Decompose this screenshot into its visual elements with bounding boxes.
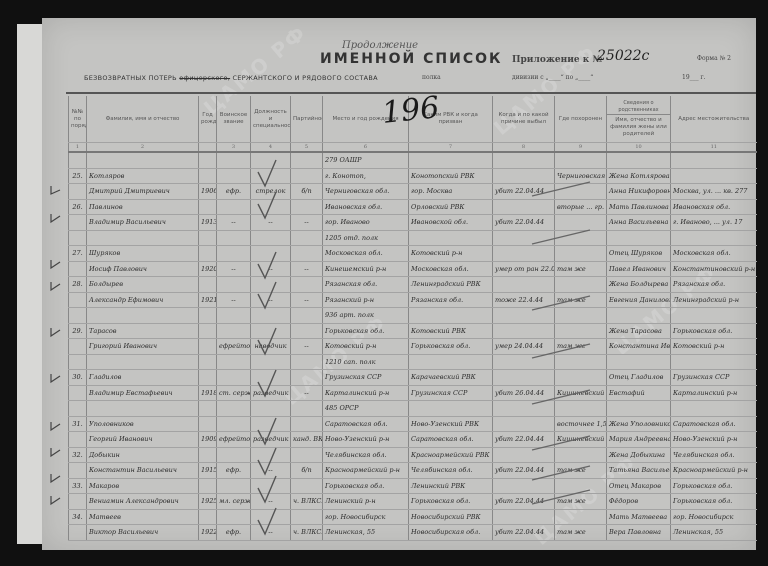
table-cell — [217, 168, 251, 184]
table-cell — [69, 308, 87, 324]
table-cell — [199, 339, 217, 355]
table-row: 1210 сап. полк — [69, 354, 757, 370]
table-cell: Ивановская обл. — [323, 199, 409, 215]
check-mark-icon — [256, 250, 278, 282]
header-cell: Фамилия, имя и отчество — [87, 96, 199, 143]
table-cell: Ивановская обл. — [671, 199, 757, 215]
table-cell: -- — [217, 215, 251, 231]
column-number: 6 — [323, 143, 409, 153]
table-cell — [607, 401, 671, 417]
table-cell — [291, 370, 323, 386]
check-mark-icon — [256, 416, 278, 448]
column-number: 3 — [217, 143, 251, 153]
table-cell — [217, 509, 251, 525]
table-cell: Красноармейский р-н — [323, 463, 409, 479]
table-cell: гор. Новосибирск — [671, 509, 757, 525]
table-cell: 1920 — [199, 261, 217, 277]
header-cell-label: Имя, отчество и фамилия жены или родител… — [610, 117, 667, 137]
table-cell: 26. — [69, 199, 87, 215]
table-cell: г. Конотоп, — [323, 168, 409, 184]
table-cell: Гладилов — [87, 370, 199, 386]
table-cell: Ленинский РВК — [409, 478, 493, 494]
table-cell: гор. Новосибирск — [323, 509, 409, 525]
table-cell: -- — [291, 339, 323, 355]
column-number: 1 — [69, 143, 87, 153]
table-row: 279 ОАШР — [69, 152, 757, 168]
table-cell — [87, 308, 199, 324]
check-mark-icon — [256, 506, 278, 538]
table-cell: 29. — [69, 323, 87, 339]
table-cell: Иосиф Павлович — [87, 261, 199, 277]
table-cell — [69, 494, 87, 510]
table-cell: 32. — [69, 447, 87, 463]
table-cell: Александр Ефимович — [87, 292, 199, 308]
diagonal-strokes — [530, 168, 600, 508]
table-row: 34.Матвеевгор. НовосибирскНовосибирский … — [69, 509, 757, 525]
table-cell: 485 ОРСР — [323, 401, 409, 417]
document-subtitle: БЕЗВОЗВРАТНЫХ ПОТЕРЬ офицерского, СЕРЖАН… — [84, 74, 378, 82]
table-cell: Евстафий — [607, 385, 671, 401]
table-cell: 1922 — [199, 525, 217, 541]
table-row: 29.ТарасовГорьковская обл.Котовский РВКЖ… — [69, 323, 757, 339]
table-cell: Горьковская обл. — [671, 494, 757, 510]
table-cell: б/п — [291, 463, 323, 479]
table-cell — [291, 152, 323, 168]
table-cell: Константин Васильевич — [87, 463, 199, 479]
table-row: Иосиф Павлович1920------Кинешемский р-нМ… — [69, 261, 757, 277]
table-cell — [493, 509, 555, 525]
table-cell — [217, 199, 251, 215]
table-row: 485 ОРСР — [69, 401, 757, 417]
table-cell — [217, 308, 251, 324]
table-cell — [69, 385, 87, 401]
margin-hook-marks — [48, 178, 64, 508]
relatives-group-header: Сведения о родственниках — [607, 100, 670, 115]
table-cell — [199, 323, 217, 339]
table-cell: Ленинская, 55 — [671, 525, 757, 541]
subtitle-prefix: БЕЗВОЗВРАТНЫХ ПОТЕРЬ — [84, 74, 177, 82]
document-page: ЦАМО РФ ЦАМО РФ ЦАМО РФ ЦАМО РФ ЦАМО РФ … — [42, 18, 756, 550]
table-cell: 1915 — [199, 463, 217, 479]
table-cell — [199, 246, 217, 262]
table-cell — [199, 401, 217, 417]
column-number: 7 — [409, 143, 493, 153]
table-row: 25.Котляровг. Конотоп,Конотопский РВКЧер… — [69, 168, 757, 184]
table-cell: 1205 отд. полк — [323, 230, 409, 246]
table-cell: Добыкин — [87, 447, 199, 463]
table-cell: Ново-Узенский РВК — [409, 416, 493, 432]
table-row: Александр Ефимович1921------Рязанский р-… — [69, 292, 757, 308]
table-cell — [555, 509, 607, 525]
table-cell: -- — [217, 292, 251, 308]
table-cell — [291, 277, 323, 293]
table-cell — [87, 230, 199, 246]
table-row: 32.ДобыкинЧелябинская обл.Красноармейски… — [69, 447, 757, 463]
handwritten-page-number: 196 — [380, 90, 441, 131]
header-cell: Партийность — [291, 96, 323, 143]
header-cell: Год рожд. — [199, 96, 217, 143]
table-cell — [199, 168, 217, 184]
appendix-number: 25022с — [597, 48, 649, 64]
table-cell — [69, 401, 87, 417]
table-row: Вениамин Александрович1925мл. серж.--ч. … — [69, 494, 757, 510]
table-cell — [69, 184, 87, 200]
column-number: 9 — [555, 143, 607, 153]
table-cell: Карачаевский РВК — [409, 370, 493, 386]
table-cell — [217, 478, 251, 494]
table-cell: Дмитрий Дмитриевич — [87, 184, 199, 200]
table-cell: Грузинская ССР — [671, 370, 757, 386]
table-cell: Горьковская обл. — [323, 478, 409, 494]
table-cell: канд. ВКП(б) — [291, 432, 323, 448]
table-cell — [217, 370, 251, 386]
table-cell: Владимир Васильевич — [87, 215, 199, 231]
table-cell — [199, 370, 217, 386]
table-cell: Павлинов — [87, 199, 199, 215]
table-cell: Макаров — [87, 478, 199, 494]
table-cell — [199, 509, 217, 525]
table-cell — [671, 152, 757, 168]
table-cell — [291, 230, 323, 246]
table-cell — [671, 308, 757, 324]
table-cell: Красноармейский РВК — [409, 447, 493, 463]
document-title: ИМЕННОЙ СПИСОК — [320, 51, 502, 67]
table-cell: Ленинградский РВК — [409, 277, 493, 293]
table-cell: Челябинская обл. — [409, 463, 493, 479]
table-cell — [199, 308, 217, 324]
table-cell — [199, 199, 217, 215]
table-cell: Карталинский р-н — [323, 385, 409, 401]
division-label: дивизии с „____“ по „____“ — [512, 74, 593, 81]
column-number: 2 — [87, 143, 199, 153]
table-cell — [69, 525, 87, 541]
table-cell: ефр. — [217, 463, 251, 479]
table-cell: -- — [291, 215, 323, 231]
table-cell: Мать Матвеева — [607, 509, 671, 525]
table-cell: Рязанская обл. — [409, 292, 493, 308]
table-cell — [199, 354, 217, 370]
table-cell: Татьяна Васильевна — [607, 463, 671, 479]
table-cell: 27. — [69, 246, 87, 262]
table-cell: Жена Уполовникова — [607, 416, 671, 432]
table-cell: 1921 — [199, 292, 217, 308]
table-cell: Ново-Узенский р-н — [323, 432, 409, 448]
table-cell: Матвеев — [87, 509, 199, 525]
table-cell: -- — [291, 292, 323, 308]
table-cell — [87, 354, 199, 370]
table-cell: ч. ВЛКСМ — [291, 525, 323, 541]
table-cell — [69, 152, 87, 168]
table-cell — [217, 246, 251, 262]
table-cell — [671, 168, 757, 184]
table-cell: Ивановской обл. — [409, 215, 493, 231]
year-label: 19___ г. — [682, 74, 706, 81]
table-row: Георгий Иванович1909ефрейторразведчиккан… — [69, 432, 757, 448]
header-cell: Сведения о родственниках Имя, отчество и… — [607, 96, 671, 143]
header-cell: Должность и специальность — [251, 96, 291, 143]
table-cell — [87, 401, 199, 417]
table-cell: -- — [217, 261, 251, 277]
table-cell: Горьковская обл. — [409, 339, 493, 355]
table-cell — [217, 323, 251, 339]
table-cell — [217, 401, 251, 417]
table-cell: Евгения Даниловна — [607, 292, 671, 308]
table-cell: Ново-Узенский р-н — [671, 432, 757, 448]
table-cell: гор. Москва — [409, 184, 493, 200]
table-cell — [291, 478, 323, 494]
table-cell: Котовский р-н — [323, 339, 409, 355]
table-cell — [217, 447, 251, 463]
table-cell: Грузинская ССР — [409, 385, 493, 401]
table-cell: Георгий Иванович — [87, 432, 199, 448]
form-number: Форма № 2 — [697, 55, 731, 62]
table-cell: 1210 сап. полк — [323, 354, 409, 370]
table-row: Виктор Васильевич1922ефр.--ч. ВЛКСМЛенин… — [69, 525, 757, 541]
regiment-label: полка — [422, 74, 441, 81]
table-row: Владимир Евстафьевич1918ст. серж.разведч… — [69, 385, 757, 401]
table-cell: 279 ОАШР — [323, 152, 409, 168]
table-cell: Челябинская обл. — [671, 447, 757, 463]
table-cell — [607, 308, 671, 324]
table-cell — [291, 168, 323, 184]
table-cell: Челябинская обл. — [323, 447, 409, 463]
table-cell: 31. — [69, 416, 87, 432]
table-cell: Ленинский р-н — [323, 494, 409, 510]
table-cell: Котляров — [87, 168, 199, 184]
table-cell: 936 арт. полк — [323, 308, 409, 324]
column-number: 8 — [493, 143, 555, 153]
table-cell — [69, 230, 87, 246]
table-row: Григорий Ивановичефрейторнаводчик--Котов… — [69, 339, 757, 355]
table-cell: ефрейтор — [217, 432, 251, 448]
table-cell: б/п — [291, 184, 323, 200]
check-mark-icon — [256, 280, 278, 312]
check-mark-icon — [256, 190, 278, 222]
table-cell: ч. ВЛКСМ — [291, 494, 323, 510]
table-cell: убит 22.04.44 — [493, 525, 555, 541]
table-cell — [291, 509, 323, 525]
table-cell: Болдырев — [87, 277, 199, 293]
table-cell — [291, 199, 323, 215]
table-cell — [69, 339, 87, 355]
table-cell — [69, 261, 87, 277]
table-row: 28.БолдыревРязанская обл.Ленинградский Р… — [69, 277, 757, 293]
table-cell — [199, 152, 217, 168]
table-cell: Московская обл. — [409, 261, 493, 277]
check-mark-icon — [256, 158, 278, 190]
check-mark-icon — [256, 368, 278, 400]
table-cell: 1913 — [199, 215, 217, 231]
table-cell — [251, 401, 291, 417]
check-mark-icon — [256, 326, 278, 358]
table-cell: Орловский РВК — [409, 199, 493, 215]
table-cell: Карталинский р-н — [671, 385, 757, 401]
table-cell: Отец Шуряков — [607, 246, 671, 262]
header-cell: Когда и по какой причине выбыл — [493, 96, 555, 143]
table-cell: Горьковская обл. — [323, 323, 409, 339]
table-cell: Жена Болдырева — [607, 277, 671, 293]
table-cell: Григорий Иванович — [87, 339, 199, 355]
column-number: 10 — [607, 143, 671, 153]
table-cell: г. Иваново, ... ул. 17 — [671, 215, 757, 231]
table-cell: Грузинская ССР — [323, 370, 409, 386]
table-cell: Котовский р-н — [409, 246, 493, 262]
table-cell: Тарасов — [87, 323, 199, 339]
table-row: 33.МакаровГорьковская обл.Ленинский РВКО… — [69, 478, 757, 494]
handwritten-continuation: Продолжение — [342, 40, 418, 51]
table-cell — [607, 152, 671, 168]
table-cell: Мария Андреевна — [607, 432, 671, 448]
appendix-label: Приложение к № — [512, 55, 602, 65]
table-cell: 1925 — [199, 494, 217, 510]
table-cell: Горьковская обл. — [671, 323, 757, 339]
column-number: 4 — [251, 143, 291, 153]
table-cell: Саратовская обл. — [409, 432, 493, 448]
table-cell: 1918 — [199, 385, 217, 401]
table-cell — [291, 416, 323, 432]
table-cell: 1909 — [199, 432, 217, 448]
table-cell — [291, 401, 323, 417]
table-cell — [69, 215, 87, 231]
table-cell — [69, 354, 87, 370]
table-cell: Рязанский р-н — [323, 292, 409, 308]
table-cell: ефрейтор — [217, 339, 251, 355]
table-cell — [291, 447, 323, 463]
header-cell: Адрес местожительства — [671, 96, 757, 143]
table-cell — [217, 277, 251, 293]
table-cell — [291, 354, 323, 370]
table-cell — [671, 354, 757, 370]
table-cell: Мать Павлинова — [607, 199, 671, 215]
table-row: Дмитрий Дмитриевич1906ефр.стрелокб/пЧерн… — [69, 184, 757, 200]
table-cell: -- — [291, 261, 323, 277]
column-number: 11 — [671, 143, 757, 153]
table-cell — [199, 478, 217, 494]
table-cell — [199, 416, 217, 432]
table-cell: Москва, ул. ... кв. 277 — [671, 184, 757, 200]
table-cell: 1906 — [199, 184, 217, 200]
table-cell — [291, 308, 323, 324]
table-cell: Горьковская обл. — [671, 478, 757, 494]
table-cell — [493, 152, 555, 168]
table-cell: Ленинская, 55 — [323, 525, 409, 541]
table-cell — [69, 463, 87, 479]
table-cell — [199, 447, 217, 463]
table-cell: Саратовская обл. — [323, 416, 409, 432]
table-cell — [409, 152, 493, 168]
table-cell: Горьковская обл. — [409, 494, 493, 510]
table-cell: 34. — [69, 509, 87, 525]
column-number — [199, 143, 217, 153]
table-cell: Уполовников — [87, 416, 199, 432]
table-cell: Московская обл. — [323, 246, 409, 262]
table-cell: 30. — [69, 370, 87, 386]
table-cell: 33. — [69, 478, 87, 494]
table-row: 1205 отд. полк — [69, 230, 757, 246]
losses-table: №№ по порядку Фамилия, имя и отчество Го… — [68, 96, 757, 541]
table-cell — [217, 152, 251, 168]
subtitle-suffix: СЕРЖАНТСКОГО И РЯДОВОГО СОСТАВА — [232, 74, 377, 82]
table-cell — [671, 401, 757, 417]
table-cell — [607, 354, 671, 370]
table-cell — [251, 230, 291, 246]
table-cell — [69, 432, 87, 448]
table-row: 26.ПавлиновИвановская обл.Орловский РВКв… — [69, 199, 757, 215]
table-cell — [217, 230, 251, 246]
column-number: 5 — [291, 143, 323, 153]
table-cell: Жена Тарасова — [607, 323, 671, 339]
table-cell: Вера Павловна — [607, 525, 671, 541]
table-cell — [555, 152, 607, 168]
table-cell: ефр. — [217, 184, 251, 200]
table-cell: Павел Иванович — [607, 261, 671, 277]
table-cell: Фёдоров — [607, 494, 671, 510]
header-cell: №№ по порядку — [69, 96, 87, 143]
table-cell: Черниговская обл. — [323, 184, 409, 200]
table-cell — [199, 230, 217, 246]
table-cell: Вениамин Александрович — [87, 494, 199, 510]
table-cell — [87, 152, 199, 168]
table-row: Константин Васильевич1915ефр.--б/пКрасно… — [69, 463, 757, 479]
table-cell: Котовский р-н — [671, 339, 757, 355]
header-cell: Воинское звание — [217, 96, 251, 143]
table-cell: Жена Котлярова — [607, 168, 671, 184]
table-cell: Конотопский РВК — [409, 168, 493, 184]
table-cell: Новосибирская обл. — [409, 525, 493, 541]
table-cell: Владимир Евстафьевич — [87, 385, 199, 401]
table-cell: Шуряков — [87, 246, 199, 262]
table-cell: ефр. — [217, 525, 251, 541]
table-cell: там же — [555, 525, 607, 541]
table-cell: Кинешемский р-н — [323, 261, 409, 277]
table-cell: -- — [291, 385, 323, 401]
table-cell: мл. серж. — [217, 494, 251, 510]
table-cell: Отец Макаров — [607, 478, 671, 494]
table-cell — [409, 354, 493, 370]
table-cell: Котовский РВК — [409, 323, 493, 339]
table-cell: Константина Ивановна — [607, 339, 671, 355]
table-cell: Новосибирский РВК — [409, 509, 493, 525]
table-cell: 28. — [69, 277, 87, 293]
check-mark-icon — [256, 474, 278, 506]
table-cell — [291, 323, 323, 339]
table-row: 27.ШуряковМосковская обл.Котовский р-нОт… — [69, 246, 757, 262]
table-cell: Московская обл. — [671, 246, 757, 262]
table-cell: Рязанская обл. — [323, 277, 409, 293]
table-cell: Виктор Васильевич — [87, 525, 199, 541]
table-cell: ст. серж. — [217, 385, 251, 401]
table-cell: 25. — [69, 168, 87, 184]
table-cell: Анна Никифоровна — [607, 184, 671, 200]
table-cell: Рязанская обл. — [671, 277, 757, 293]
table-row: Владимир Васильевич1913------гор. Иванов… — [69, 215, 757, 231]
table-cell — [409, 308, 493, 324]
table-row: 936 арт. полк — [69, 308, 757, 324]
table-cell — [69, 292, 87, 308]
table-cell — [671, 230, 757, 246]
column-number-row: 1 2 3 4 5 6 7 8 9 10 11 — [69, 143, 757, 153]
table-cell — [217, 416, 251, 432]
table-row: 30.ГладиловГрузинская ССРКарачаевский РВ… — [69, 370, 757, 386]
table-cell: Отец Гладилов — [607, 370, 671, 386]
table-cell: Жена Добыкина — [607, 447, 671, 463]
table-cell: Константиновский р-н — [671, 261, 757, 277]
table-cell — [291, 246, 323, 262]
table-cell: Ленинградский р-н — [671, 292, 757, 308]
table-cell: Красноармейский р-н — [671, 463, 757, 479]
table-cell — [409, 401, 493, 417]
table-row: 31.УполовниковСаратовская обл.Ново-Узенс… — [69, 416, 757, 432]
